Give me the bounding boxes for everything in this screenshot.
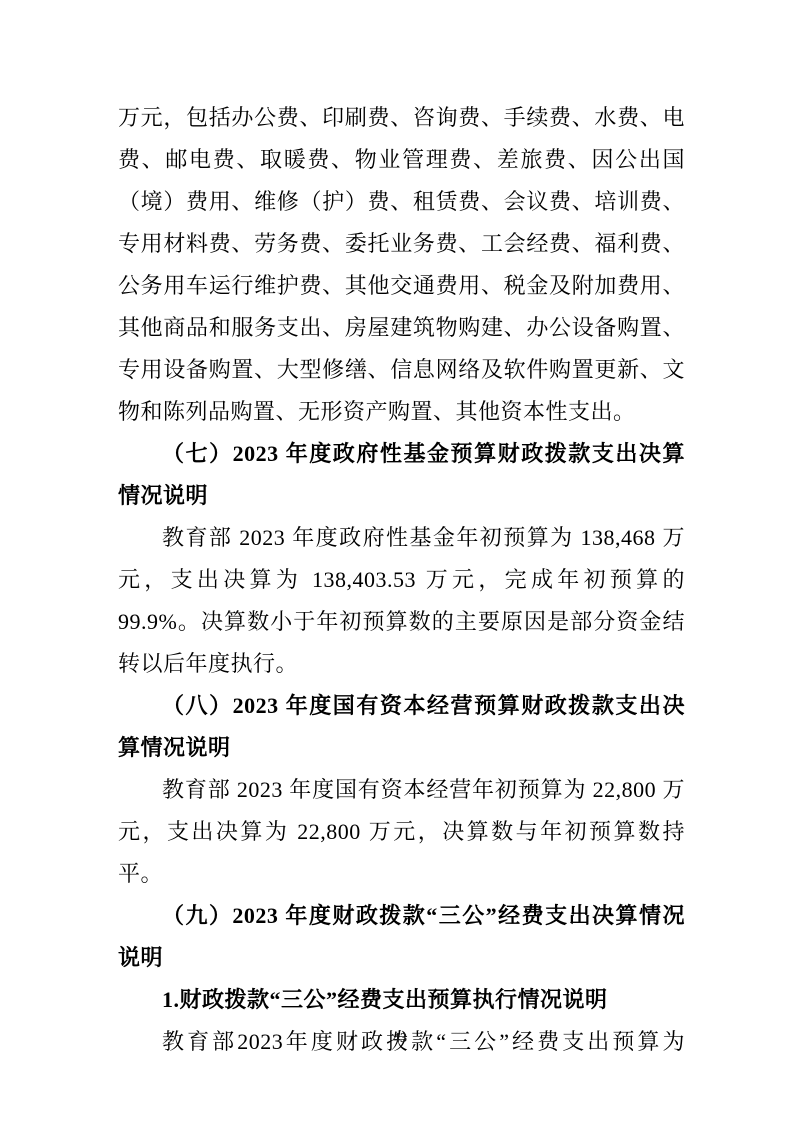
page-number: 43 <box>0 1029 800 1049</box>
document-body: 万元，包括办公费、印刷费、咨询费、手续费、水费、电费、邮电费、取暖费、物业管理费… <box>118 97 685 1063</box>
paragraph-government-fund-details: 教育部 2023 年度政府性基金年初预算为 138,468 万元，支出决算为 1… <box>118 517 685 685</box>
heading-section-7-government-fund-budget: （七）2023 年度政府性基金预算财政拨款支出决算情况说明 <box>118 433 685 517</box>
heading-section-8-state-capital-budget: （八）2023 年度国有资本经营预算财政拨款支出决算情况说明 <box>118 685 685 769</box>
heading-section-9-three-public-expenses: （九）2023 年度财政拨款“三公”经费支出决算情况说明 <box>118 895 685 979</box>
document-page: 万元，包括办公费、印刷费、咨询费、手续费、水费、电费、邮电费、取暖费、物业管理费… <box>0 0 800 1131</box>
paragraph-state-capital-details: 教育部 2023 年度国有资本经营年初预算为 22,800 万元，支出决算为 2… <box>118 769 685 895</box>
paragraph-expense-items-continuation: 万元，包括办公费、印刷费、咨询费、手续费、水费、电费、邮电费、取暖费、物业管理费… <box>118 97 685 433</box>
subheading-1-three-public-budget-execution: 1.财政拨款“三公”经费支出预算执行情况说明 <box>118 979 685 1021</box>
